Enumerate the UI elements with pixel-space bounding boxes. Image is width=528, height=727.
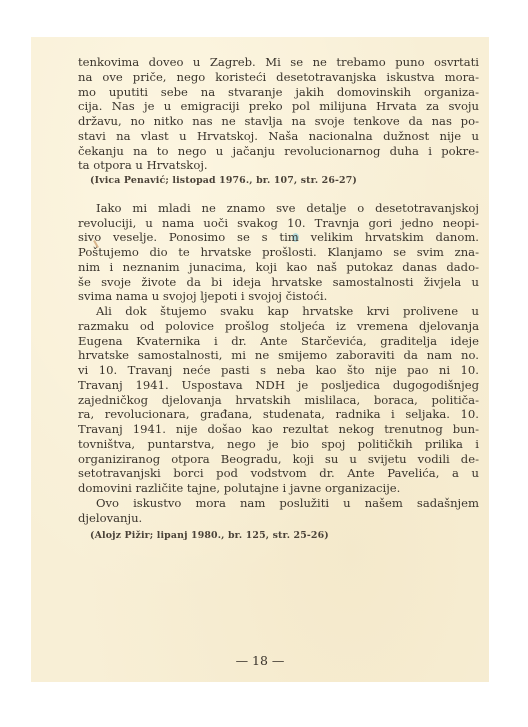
text-line: vi 10. Travanj neće pasti s neba kao što…	[78, 363, 479, 378]
text-line: tovništva, puntarstva, nego je bio spoj …	[78, 437, 479, 452]
text-line: Poštujemo dio te hrvatske prošlosti. Kla…	[78, 245, 479, 260]
text-line: ta otpora u Hrvatskoj.	[78, 158, 479, 173]
text-line: čekanju na to nego u jačanju revoluciona…	[78, 144, 479, 159]
text-line: Ali dok štujemo svaku kap hrvatske krvi …	[78, 304, 479, 319]
text-line: organiziranog otpora Beogradu, koji su u…	[78, 452, 479, 467]
text-line: Travanj 1941. nije došao kao rezultat ne…	[78, 422, 479, 437]
text-line: svima nama u svojoj ljepoti i svojoj čis…	[78, 289, 479, 304]
text-line: ra, revolucionara, građana, studenata, r…	[78, 407, 479, 422]
text-line: na ove priče, nego koristeći desetotrava…	[78, 70, 479, 85]
text-line: Ovo iskustvo mora nam poslužiti u našem …	[78, 496, 479, 511]
text-line: domovini različite tajne, polutajne i ja…	[78, 481, 479, 496]
text-line: sivo veselje. Ponosimo se s tim velikim …	[78, 230, 479, 245]
text-line: državu, no nitko nas ne stavlja na svoje…	[78, 114, 479, 129]
text-line: djelovanju.	[78, 511, 479, 526]
citation-2: (Alojz Pižir; lipanj 1980., br. 125, str…	[78, 528, 479, 543]
text-line: nim i neznanim junacima, koji kao naš pu…	[78, 260, 479, 275]
text-line: mo uputiti sebe na stvaranje jakih domov…	[78, 85, 479, 100]
text-line: še svoje živote da bi ideja hrvatske sam…	[78, 275, 479, 290]
citation-1: (Ivica Penavić; listopad 1976., br. 107,…	[78, 173, 479, 188]
text-line: cija. Nas je u emigraciji preko pol mili…	[78, 99, 479, 114]
text-line: Travanj 1941. Uspostava NDH je posljedic…	[78, 378, 479, 393]
text-line: stavi na vlast u Hrvatskoj. Naša naciona…	[78, 129, 479, 144]
page-body: tenkovima doveo u Zagreb. Mi se ne treba…	[78, 55, 479, 543]
paragraph-gap	[78, 188, 479, 201]
scanned-page: tenkovima doveo u Zagreb. Mi se ne treba…	[31, 37, 489, 682]
paragraph-4: Ovo iskustvo mora nam poslužiti u našem …	[78, 496, 479, 526]
paragraph-3: Ali dok štujemo svaku kap hrvatske krvi …	[78, 304, 479, 496]
text-line: tenkovima doveo u Zagreb. Mi se ne treba…	[78, 55, 479, 70]
paragraph-1: tenkovima doveo u Zagreb. Mi se ne treba…	[78, 55, 479, 173]
text-line: hrvatske samostalnosti, mi ne smijemo za…	[78, 348, 479, 363]
text-line: revoluciji, u nama uoči svakog 10. Travn…	[78, 216, 479, 231]
text-line: Iako mi mladi ne znamo sve detalje o des…	[78, 201, 479, 216]
page-number: — 18 —	[31, 653, 489, 668]
paragraph-2: Iako mi mladi ne znamo sve detalje o des…	[78, 201, 479, 304]
text-line: razmaku od polovice prošlog stoljeća iz …	[78, 319, 479, 334]
text-line: zajedničkog djelovanja hrvatskih mislila…	[78, 393, 479, 408]
text-line: Eugena Kvaternika i dr. Ante Starčevića,…	[78, 334, 479, 349]
text-line: setotravanjski borci pod vodstvom dr. An…	[78, 466, 479, 481]
